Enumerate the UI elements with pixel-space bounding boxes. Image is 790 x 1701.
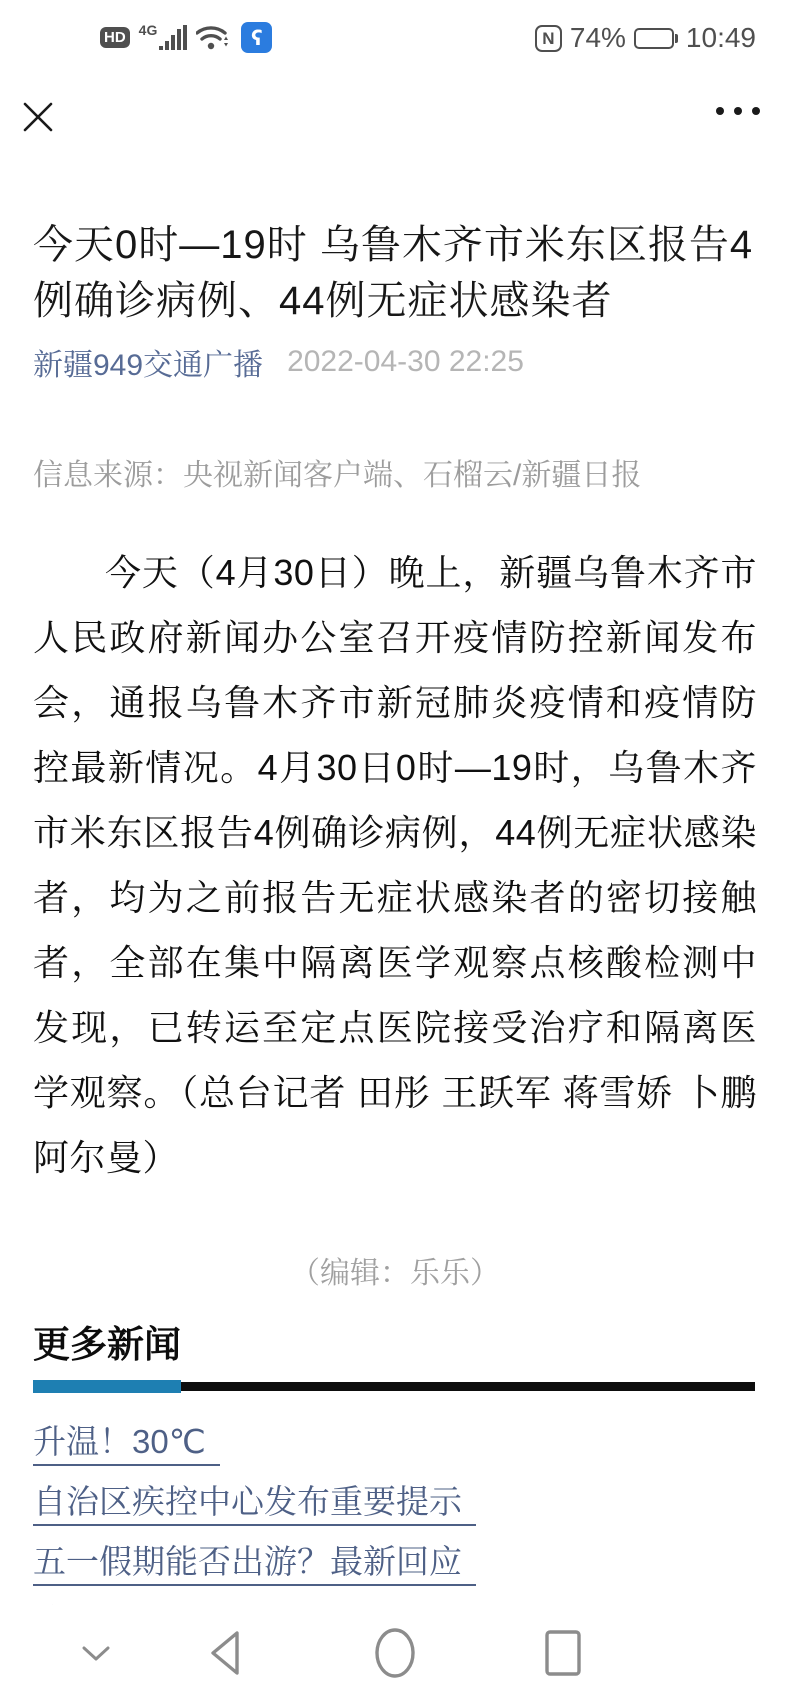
nfc-icon: N: [535, 25, 562, 52]
recents-square-icon: [543, 1628, 583, 1678]
battery-icon: [634, 28, 678, 49]
wifi-icon: [196, 23, 232, 53]
article-byline: 新疆949交通广播 2022-04-30 22:25: [33, 340, 757, 384]
chevron-down-icon: [81, 1644, 111, 1662]
hd-icon: HD: [100, 27, 130, 48]
home-button[interactable]: [373, 1605, 417, 1701]
signal-bars-icon: [159, 25, 187, 51]
more-news-divider: [33, 1380, 757, 1393]
cellular-signal-icon: 4G: [139, 25, 188, 51]
close-icon: [18, 97, 58, 137]
more-options-icon: [716, 107, 724, 115]
back-triangle-icon: [208, 1629, 242, 1677]
news-link[interactable]: 自治区疾控中心发布重要提示: [33, 1485, 476, 1526]
battery-percent: 74%: [570, 22, 626, 54]
status-bar-right: N 74% 10:49: [535, 22, 756, 54]
clock: 10:49: [686, 22, 756, 54]
network-type-label: 4G: [139, 23, 158, 37]
news-link[interactable]: 升温！30℃: [33, 1425, 220, 1466]
close-button[interactable]: [18, 97, 58, 137]
home-circle-icon: [373, 1627, 417, 1679]
editor-note: （编辑：乐乐）: [33, 1248, 757, 1292]
more-news-heading: 更多新闻: [33, 1322, 757, 1368]
hide-navbar-button[interactable]: [78, 1605, 114, 1701]
more-options-button[interactable]: [716, 107, 760, 115]
notification-app-icon: ʕ: [241, 22, 272, 53]
source-account-link[interactable]: 新疆949交通广播: [33, 340, 263, 384]
divider-accent-segment: [33, 1380, 181, 1393]
article-top-bar: [0, 85, 790, 165]
status-bar-left: HD 4G ʕ: [100, 22, 272, 53]
divider-black-segment: [181, 1382, 755, 1391]
status-bar: HD 4G ʕ N 74% 10:49: [0, 0, 790, 85]
article-body: 今天（4月30日）晚上，新疆乌鲁木齐市人民政府新闻办公室召开疫情防控新闻发布会，…: [33, 540, 757, 1190]
back-button[interactable]: [205, 1605, 245, 1701]
news-link[interactable]: 五一假期能否出游？最新回应: [33, 1545, 476, 1586]
article-title: 今天0时—19时 乌鲁木齐市米东区报告4例确诊病例、44例无症状感染者: [33, 217, 757, 329]
publish-timestamp: 2022-04-30 22:25: [287, 345, 524, 379]
recents-button[interactable]: [542, 1605, 584, 1701]
info-source-line: 信息来源：央视新闻客户端、石榴云/新疆日报: [33, 450, 757, 494]
system-navigation-bar: [0, 1605, 790, 1701]
